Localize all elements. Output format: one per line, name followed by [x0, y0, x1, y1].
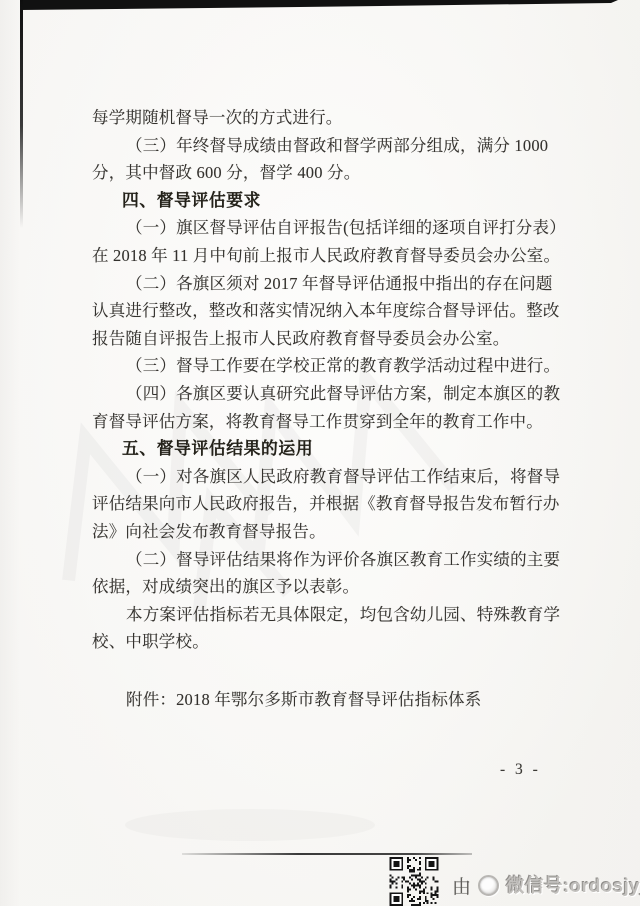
text-line: 分，其中督政 600 分，督学 400 分。	[92, 159, 562, 187]
text-line: （一）对各旗区人民政府教育督导评估工作结束后，将督导	[92, 463, 562, 491]
text-line: （二）各旗区须对 2017 年督导评估通报中指出的存在问题	[92, 270, 562, 298]
text-line: 在 2018 年 11 月中旬前上报市人民政府教育督导委员会办公室。	[92, 242, 562, 270]
footer-prefix-text: 由	[452, 872, 471, 899]
text-line: 认真进行整改，整改和落实情况纳入本年度综合督导评估。整改	[92, 297, 562, 325]
text-line: （四）各旗区要认真研究此督导评估方案，制定本旗区的教	[92, 380, 562, 408]
text-line: （一）旗区督导评估自评报告(包括详细的逐项自评打分表）	[92, 214, 562, 242]
text-line: 每学期随机督导一次的方式进行。	[92, 104, 562, 132]
text-line: 育督导评估方案，将教育督导工作贯穿到全年的教育工作中。	[92, 408, 562, 436]
footer-divider-line	[182, 853, 472, 855]
section-heading: 五、督导评估结果的运用	[92, 435, 562, 463]
text-line: 本方案评估指标若无具体限定，均包含幼儿园、特殊教育学	[92, 601, 562, 629]
text-line: 法》向社会发布教育督导报告。	[92, 518, 562, 546]
text-line: （二）督导评估结果将作为评价各旗区教育工作实绩的主要	[92, 546, 562, 574]
wechat-id-label: 微信号:ordosjyj	[506, 872, 640, 898]
footer-attribution: 由 微信号:ordosjyj	[452, 869, 640, 901]
watermark-smudge	[120, 800, 380, 850]
text-line: 附件：2018 年鄂尔多斯市教育督导评估指标体系	[92, 686, 562, 714]
text-line: 评估结果向市人民政府报告，并根据《教育督导报告发布暂行办	[92, 490, 562, 518]
text-line: 依据，对成绩突出的旗区予以表彰。	[92, 573, 562, 601]
page-number: - 3 -	[500, 761, 541, 779]
wechat-account-logo-icon	[478, 875, 499, 896]
scan-margin-shade	[0, 0, 20, 906]
document-body: 每学期随机督导一次的方式进行。（三）年终督导成绩由督政和督学两部分组成，满分 1…	[92, 104, 562, 713]
text-line: （三）年终督导成绩由督政和督学两部分组成，满分 1000	[92, 132, 562, 160]
text-line: （三）督导工作要在学校正常的教育教学活动过程中进行。	[92, 352, 562, 380]
text-line: 校、中职学校。	[92, 628, 562, 656]
section-heading: 四、督导评估要求	[92, 187, 562, 215]
scan-left-edge-artifact	[20, 0, 23, 228]
scanned-document-page: 每学期随机督导一次的方式进行。（三）年终督导成绩由督政和督学两部分组成，满分 1…	[0, 0, 640, 906]
scan-top-edge-artifact	[0, 0, 640, 14]
text-line: 报告随自评报告上报市人民政府教育督导委员会办公室。	[92, 325, 562, 353]
qr-code-icon	[386, 857, 442, 906]
